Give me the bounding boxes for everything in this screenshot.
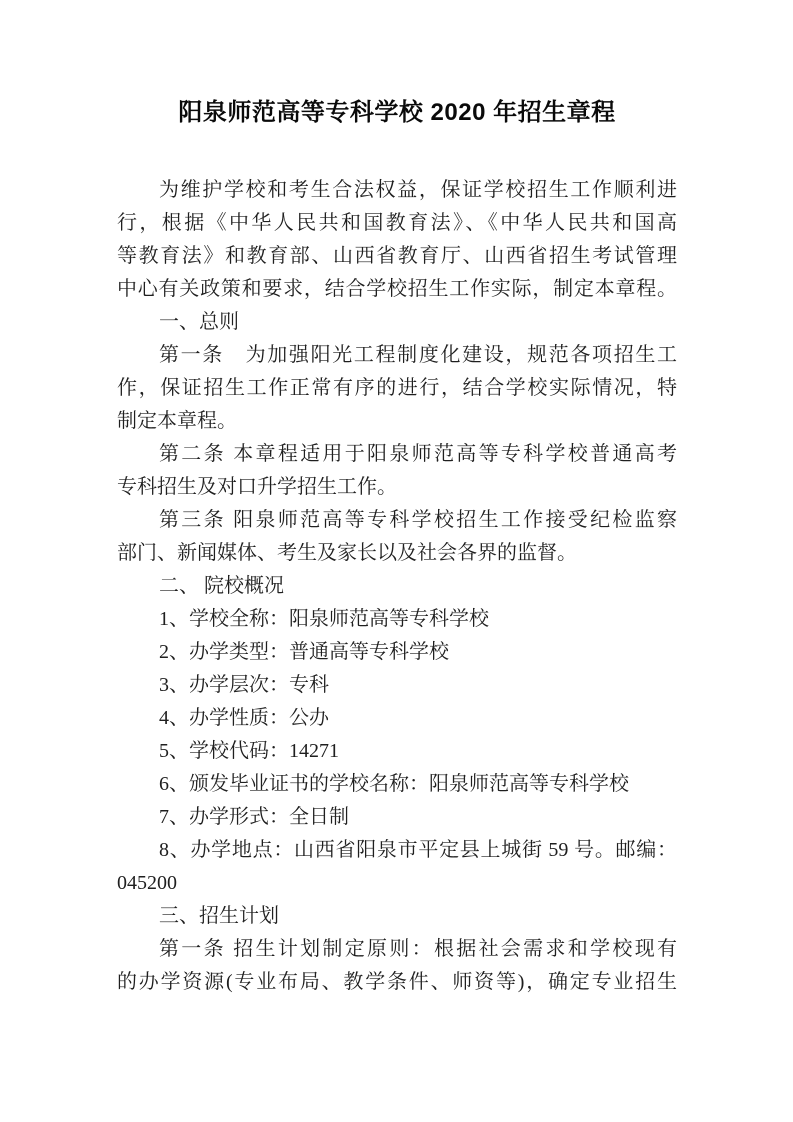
text-line: 专科招生及对口升学招生工作。 <box>117 471 677 504</box>
text-line: 3、办学层次：专科 <box>117 669 677 702</box>
text-line: 8、办学地点：山西省阳泉市平定县上城街 59 号。邮编： <box>117 834 677 867</box>
text-line: 2、办学类型：普通高等专科学校 <box>117 636 677 669</box>
text-line: 的办学资源(专业布局、教学条件、师资等)，确定专业招生 <box>117 966 677 999</box>
text-line: 行，根据《中华人民共和国教育法》、《中华人民共和国高 <box>117 207 677 240</box>
text-line: 5、学校代码：14271 <box>117 735 677 768</box>
text-line: 等教育法》和教育部、山西省教育厅、山西省招生考试管理 <box>117 240 677 273</box>
text-line: 制定本章程。 <box>117 405 677 438</box>
text-line: 045200 <box>117 867 677 900</box>
text-line: 二、 院校概况 <box>117 570 677 603</box>
text-line: 第二条 本章程适用于阳泉师范高等专科学校普通高考 <box>117 438 677 471</box>
text-line: 4、办学性质：公办 <box>117 702 677 735</box>
text-lines: 为维护学校和考生合法权益，保证学校招生工作顺利进行，根据《中华人民共和国教育法》… <box>117 174 677 999</box>
document-page: 阳泉师范高等专科学校 2020 年招生章程 为维护学校和考生合法权益，保证学校招… <box>0 0 793 1122</box>
text-line: 第一条 为加强阳光工程制度化建设，规范各项招生工 <box>117 339 677 372</box>
text-line: 部门、新闻媒体、考生及家长以及社会各界的监督。 <box>117 537 677 570</box>
text-line: 一、总则 <box>117 306 677 339</box>
document-content: 阳泉师范高等专科学校 2020 年招生章程 为维护学校和考生合法权益，保证学校招… <box>117 96 677 999</box>
text-line: 7、办学形式：全日制 <box>117 801 677 834</box>
text-line: 6、颁发毕业证书的学校名称：阳泉师范高等专科学校 <box>117 768 677 801</box>
document-title: 阳泉师范高等专科学校 2020 年招生章程 <box>117 96 677 130</box>
text-line: 三、招生计划 <box>117 900 677 933</box>
text-line: 第一条 招生计划制定原则：根据社会需求和学校现有 <box>117 933 677 966</box>
text-line: 第三条 阳泉师范高等专科学校招生工作接受纪检监察 <box>117 504 677 537</box>
text-line: 作，保证招生工作正常有序的进行，结合学校实际情况，特 <box>117 372 677 405</box>
text-line: 为维护学校和考生合法权益，保证学校招生工作顺利进 <box>117 174 677 207</box>
text-line: 中心有关政策和要求，结合学校招生工作实际，制定本章程。 <box>117 273 677 306</box>
text-line: 1、学校全称：阳泉师范高等专科学校 <box>117 603 677 636</box>
